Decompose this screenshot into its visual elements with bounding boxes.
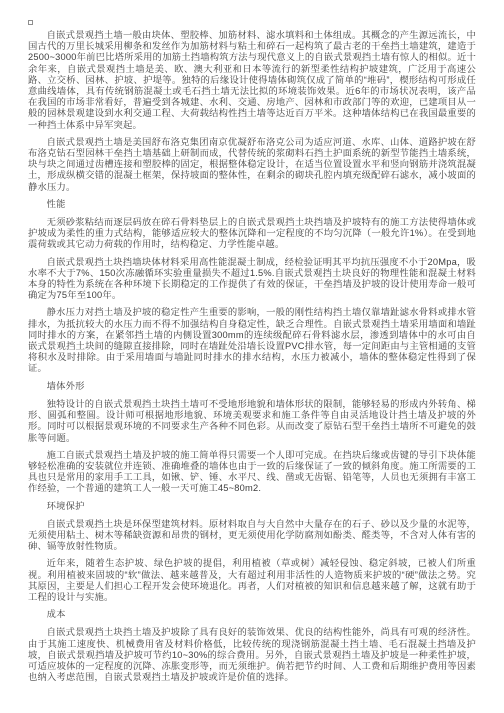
section-heading-performance: 性能 (28, 199, 476, 210)
paragraph-construction: 施工自嵌式景观挡土墙及护坡的施工简单得只需要一个人即可完成。在挡块后缘或齿键的导… (28, 450, 476, 495)
paragraph-origin: 自嵌式景观挡土墙是美国舒布洛克集团南京优凝舒布洛克公司为适应河道、水库、山体、道… (28, 137, 476, 193)
paragraph-eco-material: 自嵌式景观挡土块是环保型建筑材料。原材料取自与大自然中大量存在的石子、砂以及少量… (28, 519, 476, 553)
paragraph-cost-analysis: 自嵌式景观挡土块挡土墙及护坡除了具有良好的装饰效果、优良的结构性能外，尚具有可观… (28, 627, 476, 683)
paragraph-green-slope: 近年来，随着生态护坡、绿色护坡的提倡，利用植被（草或树）减轻侵蚀、稳定斜坡，已被… (28, 558, 476, 603)
section-heading-cost: 成本 (28, 609, 476, 620)
paragraph-shape-design: 独特设计的自嵌式景观挡土块挡土墙可不受地形地貌和墙体形状的限制，能够轻易的形成内… (28, 399, 476, 444)
article-body: 自嵌式景观挡土墙一般由块体、塑胶棒、加筋材料、滤水填料和土体组成。其概念的产生源… (28, 30, 476, 689)
paragraph-drainage: 静水压力对挡土墙及护坡的稳定性产生重要的影响，一般的刚性结构挡土墙仅靠墙趾滤水骨… (28, 307, 476, 374)
section-heading-environmental-protection: 环境保护 (28, 501, 476, 512)
paragraph-material-properties: 自嵌式景观挡土块挡墙块体材料采用高性能混凝土制成，经检验证明其平均抗压强度不小于… (28, 257, 476, 302)
page: { "page": { "background_color": "#ffffff… (0, 0, 504, 713)
section-heading-wall-shape: 墙体外形 (28, 381, 476, 392)
paragraph-flexible-structure: 无须砂浆粘结而逐层码放在碎石骨料垫层上的自嵌式景观挡土块挡墙及护坡特有的施工方法… (28, 217, 476, 251)
small-square-icon (28, 20, 33, 25)
paragraph-intro: 自嵌式景观挡土墙一般由块体、塑胶棒、加筋材料、滤水填料和土体组成。其概念的产生源… (28, 30, 476, 131)
